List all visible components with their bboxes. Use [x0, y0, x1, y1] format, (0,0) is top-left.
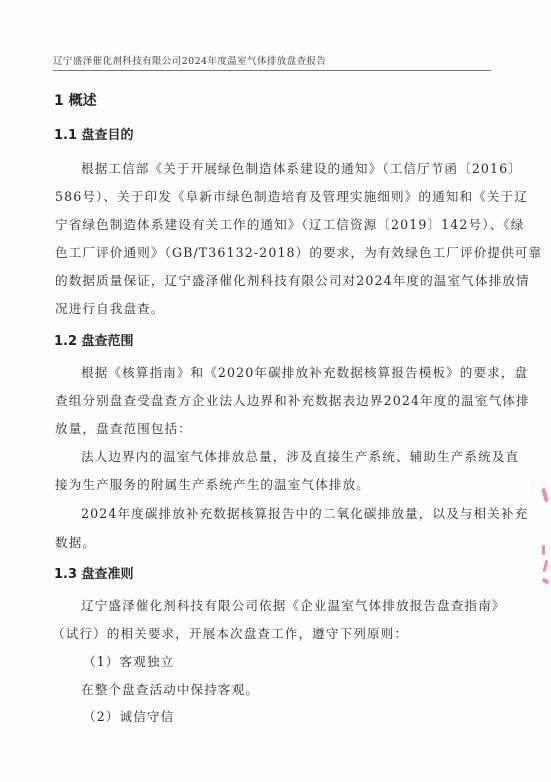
- paragraph-line: 查组分别盘查受盘查方企业法人边界和补充数据表边界2024年度的温室气体排: [55, 390, 530, 409]
- paragraph-line: 586号）、关于印发《阜新市绿色制造培育及管理实施细则》的通知和《关于辽: [55, 186, 528, 205]
- paragraph-line: 接为生产服务的附属生产系统产生的温室气体排放。: [55, 474, 370, 493]
- seal-stamp-fragment: [542, 545, 545, 555]
- list-item-principle-2: （2）诚信守信: [83, 706, 174, 725]
- paragraph-line: 数据。: [55, 532, 96, 551]
- list-item-principle-1: （1）客观独立: [83, 651, 174, 670]
- paragraph-line: （试行）的相关要求，开展本次盘查工作，遵守下列原则：: [52, 623, 408, 642]
- paragraph-line: 宁省绿色制造体系建设有关工作的通知》（辽工信资源〔2019〕142号）、《绿: [55, 214, 524, 233]
- section-heading-1-3: 1.3 盘查准则: [54, 563, 134, 582]
- paragraph-line: 放量，盘查范围包括：: [55, 418, 192, 437]
- running-header: 辽宁盛泽催化剂科技有限公司2024年度温室气体排放盘查报告: [53, 53, 491, 71]
- seal-stamp-fragment: [541, 488, 548, 503]
- section-heading-1: 1 概述: [54, 90, 97, 110]
- paragraph-line: 根据《核算指南》和《2020年碳排放补充数据核算报告模板》的要求，盘: [81, 362, 528, 381]
- paragraph-line: 在整个盘查活动中保持客观。: [81, 679, 259, 698]
- paragraph-line: 的数据质量保证，辽宁盛泽催化剂科技有限公司对2024年度的温室气体排放情: [55, 270, 530, 289]
- paragraph-line: 根据工信部《关于开展绿色制造体系建设的通知》（工信厅节函〔2016〕: [81, 158, 522, 177]
- seal-stamp-fragment: [542, 560, 548, 572]
- paragraph-line: 辽宁盛泽催化剂科技有限公司依据《企业温室气体排放报告盘查指南》: [81, 595, 506, 614]
- paragraph-line: 况进行自我盘查。: [55, 298, 165, 317]
- paragraph-line: 色工厂评价通则》（GB/T36132-2018）的要求，为有效绿色工厂评价提供可…: [55, 242, 542, 261]
- document-page: 辽宁盛泽催化剂科技有限公司2024年度温室气体排放盘查报告 1 概述 1.1 盘…: [0, 0, 551, 782]
- paragraph-line: 2024年度碳排放补充数据核算报告中的二氧化碳排放量，以及与相关补充: [81, 503, 528, 522]
- seal-stamp-fragment: [541, 578, 549, 585]
- paragraph-line: 法人边界内的温室气体排放总量，涉及直接生产系统、辅助生产系统及直: [81, 446, 519, 465]
- section-heading-1-2: 1.2 盘查范围: [54, 330, 134, 349]
- section-heading-1-1: 1.1 盘查目的: [54, 124, 134, 143]
